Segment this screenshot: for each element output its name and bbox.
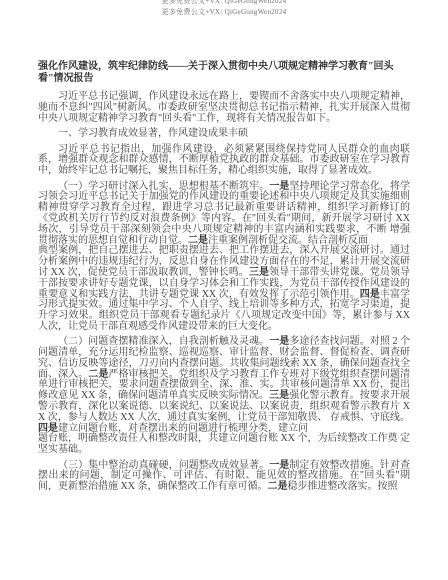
watermark-line-top: 更多免费公文+VX: QiGeGongWen2024 [0,0,448,7]
text-run: 一、学习教育成效显著，作风建设成果丰硕 [58,128,248,139]
subsection-2-paragraph: （二）问题查摆精准深入，自我剖析触及灵魂。一是多途径查找问题。对照 2 个问题清… [38,337,410,456]
emphasis-marker: 二是 [188,235,208,246]
text-run: （二）问题查摆精准深入，自我剖析触及灵魂。 [58,336,269,347]
section-1-lead-paragraph: 习近平总书记指出，加强作风建设，必须紧紧围绕保持党同人民群众的血肉联系，增强群众… [38,145,410,177]
emphasis-marker: 三是 [249,267,269,278]
watermark: 更多免费公文+VX: QiGeGongWen2024 更多免费公文+VX: Qi… [0,0,448,18]
text-run: （一）学习研讨深入扎实，思想根基不断筑牢。 [58,181,269,192]
text-run: （三）集中整治动真碰硬，问题整改成效显著。 [58,460,269,471]
section-heading-1: 一、学习教育成效显著，作风建设成果丰硕 [38,129,410,140]
emphasis-marker: 二是 [267,481,287,492]
emphasis-marker: 四是 [38,423,58,434]
emphasis-marker: 一是 [269,460,289,471]
text-run: 习近平总书记强调，作风建设永远在路上，要锲而不舍落实中央八项规定精神，驰而不息纠… [38,91,410,124]
emphasis-marker: 四是 [360,289,380,300]
intro-paragraph: 习近平总书记强调，作风建设永远在路上，要锲而不舍落实中央八项规定精神，驰而不息纠… [38,92,410,124]
subsection-1-paragraph: （一）学习研讨深入扎实，思想根基不断筑牢。一是坚持理论学习常态化，将学习领会习近… [38,182,410,333]
text-run: 习近平总书记指出，加强作风建设，必须紧紧围绕保持党同人民群众的血肉联系，增强群众… [38,144,410,177]
report-title: 强化作风建设，筑牢纪律防线——关于深入贯彻中央八项规定精神学习教育"回头 看"情… [38,61,410,85]
emphasis-marker: 二是 [88,369,108,380]
watermark-line-bottom: 更多免费公文+VX: QiGeGongWen2024 [0,7,448,18]
subsection-3-paragraph: （三）集中整治动真碰硬，问题整改成效显著。一是制定有效整改措施。针对查摆出来的问… [38,461,410,493]
emphasis-marker: 一是 [269,181,289,192]
text-run: 稳步推进整改落实。按照 [287,481,397,492]
report-article: 强化作风建设，筑牢纪律防线——关于深入贯彻中央八项规定精神学习教育"回头 看"情… [38,61,410,497]
document-body: 习近平总书记强调，作风建设永远在路上，要锲而不舍落实中央八项规定精神，驰而不息纠… [38,92,410,493]
emphasis-marker: 三是 [269,390,289,401]
document-page: 更多免费公文+VX: QiGeGongWen2024 更多免费公文+VX: Qi… [0,0,448,580]
text-run: 建立问题台账，对查摆出来的问题进行梳理分类，建立问 题台账，明确整改责任人和整改… [38,423,410,456]
emphasis-marker: 一是 [269,336,289,347]
